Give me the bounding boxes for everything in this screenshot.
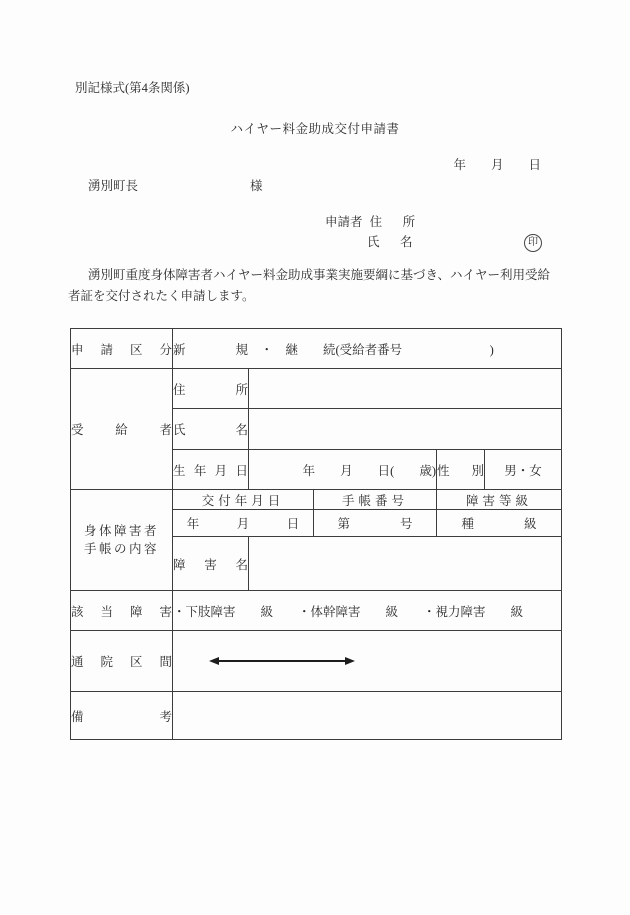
addressee-name: 湧別町長 [88, 179, 138, 193]
sex-value: 男・女 [485, 450, 562, 490]
application-form-table: 申請区分 新 規 ・ 継 続(受給者番号 ) 受給者 住所 氏名 生年月日 年 … [70, 328, 562, 740]
seal-mark-icon: 印 [524, 234, 542, 252]
issue-date-value: 年 月 日 [173, 510, 314, 537]
addressee-honorific: 様 [250, 179, 263, 193]
handbook-number-header: 手帳番号 [314, 490, 437, 510]
applicant-line: 申請者 住 所 [325, 215, 419, 230]
recipient-address-label: 住所 [173, 369, 249, 409]
grade-value: 種 級 [437, 510, 562, 537]
row-remarks: 備考 [71, 692, 562, 740]
applicable-disability-label: 該当障害 [71, 591, 173, 631]
birthdate-label: 生年月日 [173, 450, 249, 490]
handbook-label: 身体障害者 手帳の内容 [71, 490, 173, 591]
hospital-route-label: 通院区間 [71, 631, 173, 692]
page-title: ハイヤー料金助成交付申請書 [0, 122, 630, 137]
row-applicable-disability: 該当障害 ・下肢障害 級 ・体幹障害 級 ・視力障害 級 [71, 591, 562, 631]
applicant-name-label: 氏 名 [367, 235, 417, 250]
application-statement: 湧別町重度身体障害者ハイヤー料金助成事業実施要綱に基づき、ハイヤー利用受給者証を… [68, 265, 562, 307]
date-line: 年 月 日 [453, 158, 541, 173]
form-reference: 別記様式(第4条関係) [75, 81, 190, 96]
recipient-name-value-cell [249, 409, 562, 450]
applicant-address-label: 住 所 [370, 215, 420, 229]
recipient-address-value-cell [249, 369, 562, 409]
remarks-label: 備考 [71, 692, 173, 740]
row-recipient-address: 受給者 住所 [71, 369, 562, 409]
row-hospital-route: 通院区間 [71, 631, 562, 692]
birthdate-value: 年 月 日( 歳) [249, 450, 437, 490]
hospital-route-value-cell [173, 631, 562, 692]
row-application-category: 申請区分 新 規 ・ 継 続(受給者番号 ) [71, 329, 562, 369]
double-arrow-icon [209, 657, 355, 665]
addressee-line: 湧別町長様 [88, 179, 263, 194]
disability-name-label: 障害名 [173, 537, 249, 591]
document-page: 別記様式(第4条関係) ハイヤー料金助成交付申請書 年 月 日 湧別町長様 申請… [0, 0, 630, 915]
grade-header: 障害等級 [437, 490, 562, 510]
sex-label: 性別 [437, 450, 485, 490]
category-value: 新 規 ・ 継 続(受給者番号 ) [173, 329, 562, 369]
handbook-label-line1: 身体障害者 [71, 522, 172, 540]
disability-name-value-cell [249, 537, 562, 591]
row-handbook-headers: 身体障害者 手帳の内容 交付年月日 手帳番号 障害等級 [71, 490, 562, 510]
handbook-number-value: 第 号 [314, 510, 437, 537]
recipient-label: 受給者 [71, 369, 173, 490]
category-label: 申請区分 [71, 329, 173, 369]
recipient-name-label: 氏名 [173, 409, 249, 450]
handbook-label-line2: 手帳の内容 [71, 540, 172, 558]
issue-date-header: 交付年月日 [173, 490, 314, 510]
applicant-label: 申請者 [325, 215, 363, 229]
remarks-value-cell [173, 692, 562, 740]
applicable-disability-value: ・下肢障害 級 ・体幹障害 級 ・視力障害 級 [173, 591, 562, 631]
